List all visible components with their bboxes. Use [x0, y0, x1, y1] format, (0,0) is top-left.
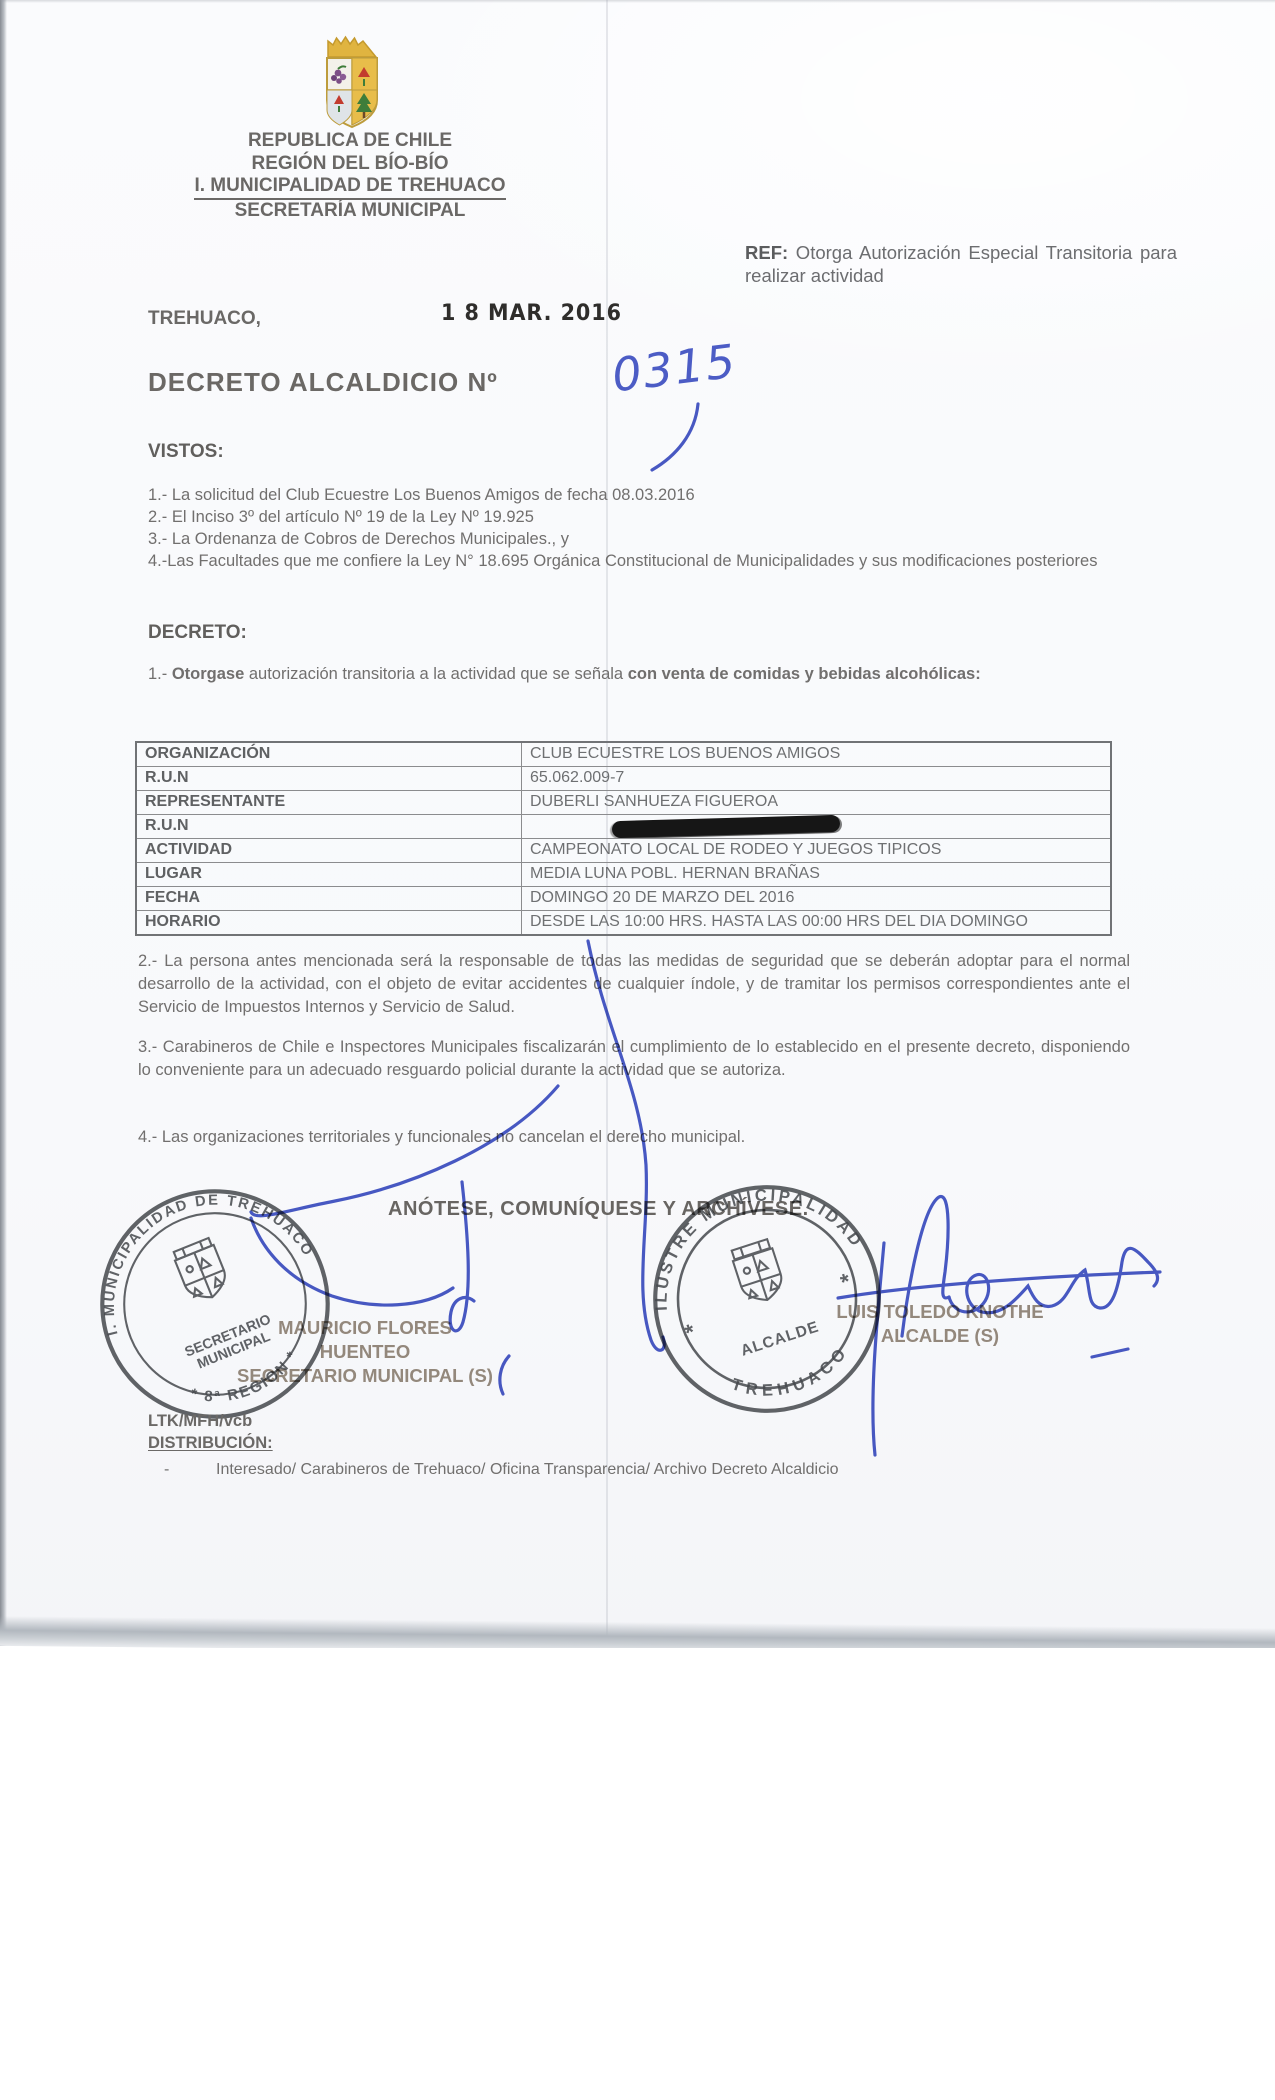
- footer-initials: LTK/MFH/vcb: [148, 1412, 252, 1431]
- date-stamp: 1 8 MAR. 2016: [441, 301, 622, 326]
- table-row: FECHADOMINGO 20 DE MARZO DEL 2016: [136, 887, 1111, 911]
- scanned-decree-page: REPUBLICA DE CHILE REGIÓN DEL BÍO-BÍO I.…: [0, 0, 1275, 2100]
- stamp-shield-icon: [172, 1237, 232, 1305]
- stamp-shield-icon: [730, 1238, 787, 1306]
- paper-left-edge: [0, 0, 7, 1646]
- authorization-number: 1.-: [148, 665, 172, 683]
- scanner-background: [0, 1648, 1275, 2100]
- table-label-cell: ORGANIZACIÓN: [136, 742, 522, 767]
- table-value-cell: 65.062.009-7: [522, 767, 1112, 791]
- table-row: ACTIVIDADCAMPEONATO LOCAL DE RODEO Y JUE…: [136, 839, 1111, 863]
- table-row: LUGARMEDIA LUNA POBL. HERNAN BRAÑAS: [136, 863, 1111, 887]
- vistos-item: 3.- La Ordenanza de Cobros de Derechos M…: [148, 528, 1118, 550]
- table-label-cell: FECHA: [136, 887, 522, 911]
- distribution-text: Interesado/ Carabineros de Trehuaco/ Ofi…: [216, 1461, 839, 1479]
- table-label-cell: REPRESENTANTE: [136, 791, 522, 815]
- table-row: R.U.N65.062.009-7: [136, 767, 1111, 791]
- table-value-cell: [522, 815, 1112, 839]
- vistos-item: 2.- El Inciso 3º del artículo Nº 19 de l…: [148, 506, 1118, 528]
- paragraph-3: 3.- Carabineros de Chile e Inspectores M…: [138, 1036, 1130, 1082]
- authorization-emphasis: con venta de comidas y bebidas alcohólic…: [628, 665, 981, 683]
- authorization-paragraph: 1.- Otorgase autorización transitoria a …: [140, 663, 1128, 686]
- redaction-bar: [612, 815, 840, 838]
- paper-top-edge: [0, 0, 1275, 3]
- paragraph-2: 2.- La persona antes mencionada será la …: [138, 950, 1130, 1019]
- coat-of-arms-icon: [288, 33, 416, 141]
- ref-block: REF: Otorga Autorización Especial Transi…: [745, 241, 1177, 287]
- permit-table: ORGANIZACIÓNCLUB ECUESTRE LOS BUENOS AMI…: [135, 741, 1112, 936]
- table-row: ORGANIZACIÓNCLUB ECUESTRE LOS BUENOS AMI…: [136, 742, 1111, 767]
- table-row: REPRESENTANTEDUBERLI SANHUEZA FIGUEROA: [136, 791, 1111, 815]
- authorization-mid: autorización transitoria a la actividad …: [244, 665, 627, 683]
- table-value-cell: DESDE LAS 10:00 HRS. HASTA LAS 00:00 HRS…: [522, 911, 1112, 936]
- distribution-list-item: - Interesado/ Carabineros de Trehuaco/ O…: [160, 1461, 1120, 1479]
- table-value-cell: MEDIA LUNA POBL. HERNAN BRAÑAS: [522, 863, 1112, 887]
- vistos-heading: VISTOS:: [148, 441, 224, 463]
- place-line: TREHUACO,: [148, 308, 261, 330]
- table-label-cell: LUGAR: [136, 863, 522, 887]
- table-value-cell: DUBERLI SANHUEZA FIGUEROA: [522, 791, 1112, 815]
- letterhead-country: REPUBLICA DE CHILE: [150, 130, 550, 153]
- distribution-heading: DISTRIBUCIÓN:: [148, 1434, 273, 1453]
- paragraph-4: 4.- Las organizaciones territoriales y f…: [138, 1126, 1130, 1149]
- decree-title: DECRETO ALCALDICIO Nº: [148, 367, 498, 398]
- table-row: R.U.N: [136, 815, 1111, 839]
- table-row: HORARIODESDE LAS 10:00 HRS. HASTA LAS 00…: [136, 911, 1111, 936]
- table-label-cell: HORARIO: [136, 911, 522, 936]
- ref-label: REF:: [745, 242, 788, 263]
- vistos-item: 1.- La solicitud del Club Ecuestre Los B…: [148, 484, 1118, 506]
- table-label-cell: R.U.N: [136, 815, 522, 839]
- vistos-list: 1.- La solicitud del Club Ecuestre Los B…: [148, 484, 1118, 572]
- table-label-cell: R.U.N: [136, 767, 522, 791]
- letterhead-region: REGIÓN DEL BÍO-BÍO: [150, 153, 550, 176]
- letterhead-office: SECRETARÍA MUNICIPAL: [150, 200, 550, 223]
- ref-text: Otorga Autorización Especial Transitoria…: [745, 242, 1177, 286]
- decreto-heading: DECRETO:: [148, 622, 247, 644]
- letterhead-municipality: I. MUNICIPALIDAD DE TREHUACO: [150, 175, 550, 200]
- table-value-cell: CLUB ECUESTRE LOS BUENOS AMIGOS: [522, 742, 1112, 767]
- vistos-item: 4.-Las Facultades que me confiere la Ley…: [148, 550, 1118, 572]
- letterhead: REPUBLICA DE CHILE REGIÓN DEL BÍO-BÍO I.…: [150, 130, 550, 222]
- table-value-cell: DOMINGO 20 DE MARZO DEL 2016: [522, 887, 1112, 911]
- table-value-cell: CAMPEONATO LOCAL DE RODEO Y JUEGOS TIPIC…: [522, 839, 1112, 863]
- authorization-verb: Otorgase: [172, 665, 244, 683]
- stamp-center-text: ALCALDE: [739, 1318, 822, 1359]
- table-label-cell: ACTIVIDAD: [136, 839, 522, 863]
- list-dash: -: [160, 1461, 216, 1479]
